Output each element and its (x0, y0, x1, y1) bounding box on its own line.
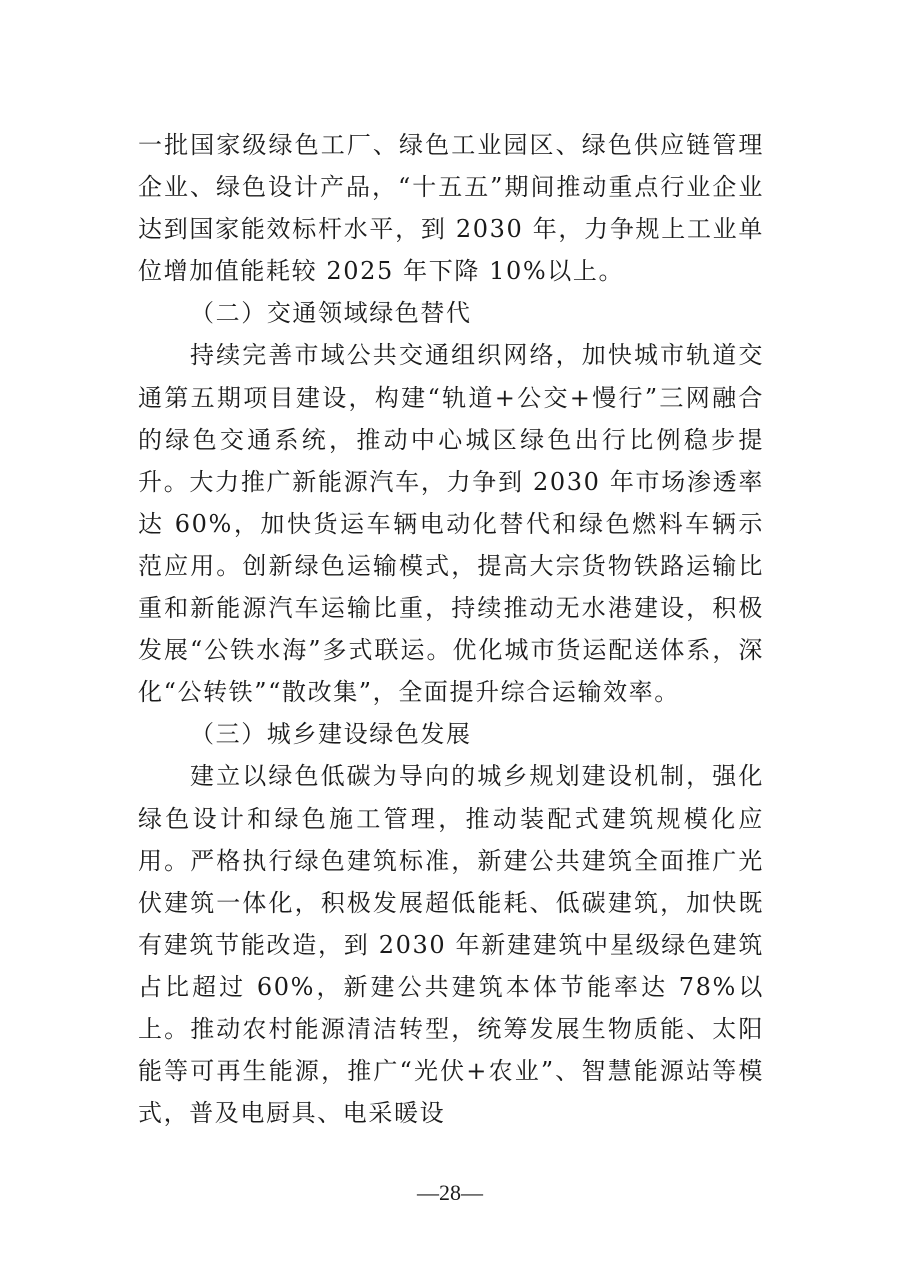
section-heading-urban-rural: （三）城乡建设绿色发展 (138, 713, 764, 755)
paragraph-industry-continued: 一批国家级绿色工厂、绿色工业园区、绿色供应链管理企业、绿色设计产品，“十五五”期… (138, 124, 764, 292)
document-page: 一批国家级绿色工厂、绿色工业园区、绿色供应链管理企业、绿色设计产品，“十五五”期… (138, 124, 764, 1134)
paragraph-urban-rural: 建立以绿色低碳为导向的城乡规划建设机制，强化绿色设计和绿色施工管理，推动装配式建… (138, 755, 764, 1134)
section-heading-transport: （二）交通领域绿色替代 (138, 292, 764, 334)
page-number: —28— (0, 1180, 900, 1206)
paragraph-transport: 持续完善市域公共交通组织网络，加快城市轨道交通第五期项目建设，构建“轨道+公交+… (138, 334, 764, 713)
